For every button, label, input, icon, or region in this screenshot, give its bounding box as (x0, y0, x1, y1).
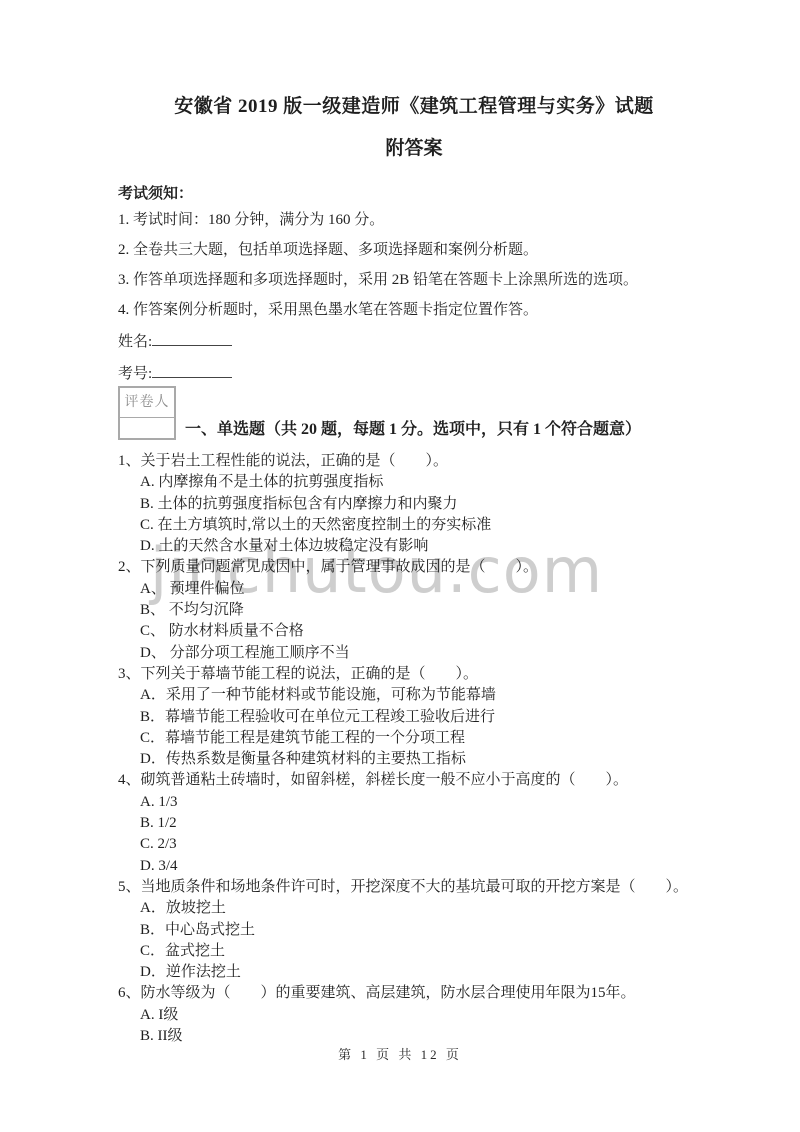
question-list: 1、关于岩土工程性能的说法，正确的是（ ）。 A. 内摩擦角不是土体的抗剪强度指… (118, 451, 710, 1047)
exam-notice-heading: 考试须知： (118, 184, 710, 205)
question-1-stem: 1、关于岩土工程性能的说法，正确的是（ ）。 (118, 451, 710, 472)
question-5-option-c: C．盆式挖土 (118, 941, 710, 962)
question-2: 2、下列质量问题常见成因中，属于管理事故成因的是（ ）。 A、 预埋件偏位 B、… (118, 557, 710, 663)
exam-no-field-row: 考号: (118, 362, 710, 385)
question-2-option-a: A、 预埋件偏位 (118, 579, 710, 600)
question-4-option-d: D. 3/4 (118, 856, 710, 877)
document-subtitle: 附答案 (118, 136, 710, 162)
notice-item-1: 1. 考试时间：180 分钟，满分为 160 分。 (118, 210, 710, 231)
name-blank-line (152, 330, 232, 346)
question-2-option-d: D、 分部分项工程施工顺序不当 (118, 643, 710, 664)
page-number-footer: 第 1 页 共 12 页 (0, 1044, 800, 1063)
name-label: 姓名: (118, 334, 152, 350)
notice-item-2: 2. 全卷共三大题，包括单项选择题、多项选择题和案例分析题。 (118, 240, 710, 261)
question-5: 5、当地质条件和场地条件许可时，开挖深度不大的基坑最可取的开挖方案是（ ）。 A… (118, 877, 710, 983)
question-3-option-c: C．幕墙节能工程是建筑节能工程的一个分项工程 (118, 728, 710, 749)
question-1: 1、关于岩土工程性能的说法，正确的是（ ）。 A. 内摩擦角不是土体的抗剪强度指… (118, 451, 710, 557)
question-4-stem: 4、砌筑普通粘土砖墙时，如留斜槎，斜槎长度一般不应小于高度的（ ）。 (118, 770, 710, 791)
question-3-stem: 3、下列关于幕墙节能工程的说法，正确的是（ ）。 (118, 664, 710, 685)
question-5-option-b: B．中心岛式挖土 (118, 920, 710, 941)
question-4-option-b: B. 1/2 (118, 813, 710, 834)
question-3: 3、下列关于幕墙节能工程的说法，正确的是（ ）。 A．采用了一种节能材料或节能设… (118, 664, 710, 770)
question-5-stem: 5、当地质条件和场地条件许可时，开挖深度不大的基坑最可取的开挖方案是（ ）。 (118, 877, 710, 898)
question-6-option-a: A. I级 (118, 1005, 710, 1026)
question-6-stem: 6、防水等级为（ ）的重要建筑、高层建筑，防水层合理使用年限为15年。 (118, 983, 710, 1004)
exam-document-page: jinchutou.com 安徽省 2019 版一级建造师《建筑工程管理与实务》… (0, 0, 800, 1132)
question-1-option-a: A. 内摩擦角不是土体的抗剪强度指标 (118, 472, 710, 493)
section-heading-single-choice: 一、单选题（共 20 题，每题 1 分。选项中，只有 1 个符合题意） (118, 419, 710, 441)
question-1-option-b: B. 土体的抗剪强度指标包含有内摩擦力和内聚力 (118, 494, 710, 515)
notice-item-4: 4. 作答案例分析题时，采用黑色墨水笔在答题卡指定位置作答。 (118, 300, 710, 321)
question-5-option-d: D．逆作法挖土 (118, 962, 710, 983)
question-2-option-c: C、 防水材料质量不合格 (118, 621, 710, 642)
question-4-option-c: C. 2/3 (118, 834, 710, 855)
question-2-stem: 2、下列质量问题常见成因中，属于管理事故成因的是（ ）。 (118, 557, 710, 578)
question-6: 6、防水等级为（ ）的重要建筑、高层建筑，防水层合理使用年限为15年。 A. I… (118, 983, 710, 1047)
page-content: 安徽省 2019 版一级建造师《建筑工程管理与实务》试题 附答案 考试须知： 1… (0, 0, 800, 1047)
question-1-option-d: D. 土的天然含水量对土体边坡稳定没有影响 (118, 536, 710, 557)
notice-item-3: 3. 作答单项选择题和多项选择题时，采用 2B 铅笔在答题卡上涂黑所选的选项。 (118, 270, 710, 291)
exam-no-blank-line (152, 362, 232, 378)
question-4: 4、砌筑普通粘土砖墙时，如留斜槎，斜槎长度一般不应小于高度的（ ）。 A. 1/… (118, 770, 710, 876)
exam-no-label: 考号: (118, 366, 152, 382)
question-4-option-a: A. 1/3 (118, 792, 710, 813)
question-3-option-b: B．幕墙节能工程验收可在单位元工程竣工验收后进行 (118, 707, 710, 728)
question-2-option-b: B、 不均匀沉降 (118, 600, 710, 621)
question-3-option-d: D．传热系数是衡量各种建筑材料的主要热工指标 (118, 749, 710, 770)
question-5-option-a: A．放坡挖土 (118, 898, 710, 919)
name-field-row: 姓名: (118, 330, 710, 353)
question-3-option-a: A．采用了一种节能材料或节能设施，可称为节能幕墙 (118, 685, 710, 706)
question-1-option-c: C. 在土方填筑时,常以土的天然密度控制土的夯实标准 (118, 515, 710, 536)
document-title: 安徽省 2019 版一级建造师《建筑工程管理与实务》试题 (118, 94, 710, 120)
